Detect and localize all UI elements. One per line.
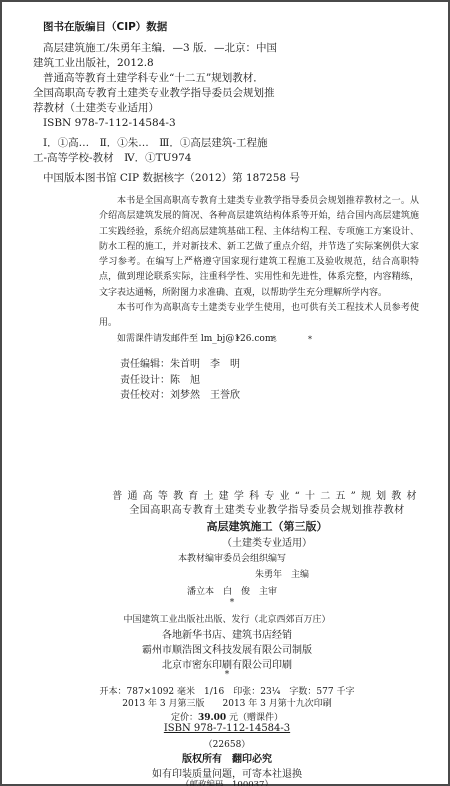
price-suffix: 元（赠课件）: [226, 713, 283, 723]
section-separator: ***: [220, 335, 328, 344]
series-line-1: 普通高等教育土建学科专业“十二五”规划教材: [102, 490, 432, 504]
catalog-code: （22658）: [77, 737, 377, 750]
publisher-line: 中国建筑工业出版社出版、发行（北京西郊百万庄）: [77, 612, 377, 625]
applicability: （土建类专业适用）: [102, 534, 432, 549]
copyright-notice: 版权所有 翻印必究: [77, 750, 377, 765]
separator-star-1: *: [82, 598, 382, 608]
separator-star: *: [220, 335, 256, 344]
copyright-page: 图书在版编目（CIP）数据 高层建筑施工/朱勇年主编．—3 版．—北京：中国 建…: [0, 0, 450, 786]
series-line-2: 全国高职高专教育土建类专业教学指导委员会规划推荐教材: [102, 504, 432, 518]
credit-proofreading: 责任校对：刘梦然 王誉欣: [120, 388, 240, 404]
price-value: 39.00: [198, 713, 226, 723]
description-paragraph-1: 本书是全国高职高专教育土建类专业教学指导委员会规划推荐教材之一。从介绍高层建筑发…: [99, 194, 419, 301]
responsibility-credits: 责任编辑：朱首明 李 明 责任设计：陈 旭 责任校对：刘梦然 王誉欣: [120, 357, 240, 404]
separator-star: *: [256, 335, 292, 344]
price-line: 定价：39.00 元（赠课件）: [77, 710, 377, 723]
cip-classification-2: 工-高等学校-教材 Ⅳ．①TU974: [33, 151, 191, 166]
chief-editor: 朱勇年 主编: [132, 567, 432, 580]
cip-line-1: 高层建筑施工/朱勇年主编．—3 版．—北京：中国: [43, 41, 277, 56]
book-title: 高层建筑施工（第三版）: [102, 518, 432, 534]
postal-code: （邮政编码 100037）: [77, 778, 377, 786]
edition-info: 2013 年 3 月第三版 2013 年 3 月第十九次印刷: [77, 696, 377, 709]
book-description: 本书是全国高职高专教育土建类专业教学指导委员会规划推荐教材之一。从介绍高层建筑发…: [99, 194, 419, 347]
chief-reviewers: 潘立本 白 俊 主审: [82, 584, 382, 597]
separator-star-2: *: [77, 670, 377, 680]
isbn-line: ISBN 978-7-112-14584-3: [77, 723, 377, 734]
series-titles: 普通高等教育土建学科专业“十二五”规划教材 全国高职高专教育土建类专业教学指导委…: [102, 490, 432, 517]
description-paragraph-2: 本书可作为高职高专土建类专业学生使用，也可供有关工程技术人员参考使用。: [99, 301, 419, 332]
credit-design: 责任设计：陈 旭: [120, 373, 240, 389]
cip-line-3: 普通高等教育土建学科专业“十二五”规划教材．: [43, 71, 264, 86]
isbn: ISBN 978-7-112-14584-3: [164, 723, 290, 734]
cip-line-2: 建筑工业出版社，2012.8: [33, 56, 154, 71]
distributor-line: 各地新华书店、建筑书店经销: [77, 626, 377, 641]
cip-isbn: ISBN 978-7-112-14584-3: [43, 116, 176, 131]
cip-line-5: 荐教材（土建类专业适用）: [33, 101, 159, 116]
cip-record-number: 中国版本图书馆 CIP 数据核字（2012）第 187258 号: [43, 171, 300, 186]
credit-editor: 责任编辑：朱首明 李 明: [120, 357, 240, 373]
price-label: 定价：: [171, 713, 198, 723]
cip-classification-1: Ⅰ．①高… Ⅱ．①朱… Ⅲ．①高层建筑-工程施: [43, 136, 267, 151]
cip-line-4: 全国高职高专教育土建类专业教学指导委员会规划推: [33, 86, 275, 101]
separator-star: *: [292, 335, 328, 344]
cip-heading: 图书在版编目（CIP）数据: [43, 19, 167, 34]
plate-maker-line: 霸州市顺浩图文科技发展有限公司制版: [77, 641, 377, 656]
printer-line: 北京市密东印刷有限公司印刷: [77, 656, 377, 671]
organizer: 本教材编审委员会组织编写: [82, 551, 382, 564]
